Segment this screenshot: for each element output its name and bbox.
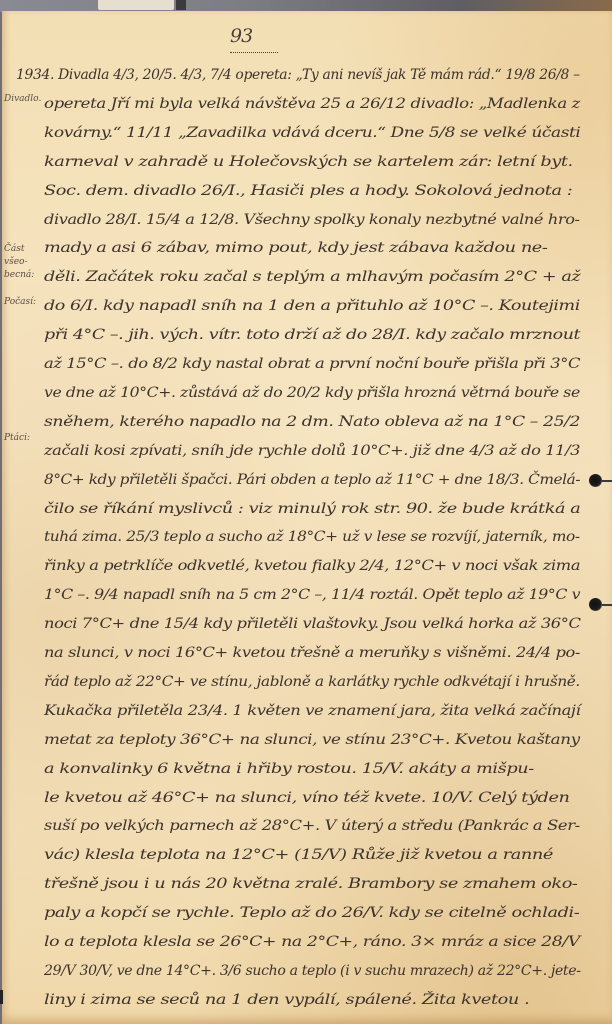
- binding-thread: [602, 480, 612, 482]
- text-line: vác) klesla teplota na 12°C+ (15/V) Růže…: [44, 847, 553, 863]
- text-line: opereta Jří mi byla velká návštěva 25 a …: [44, 96, 580, 112]
- bookmark-tab: [98, 0, 174, 10]
- page-edge-mark: [0, 990, 3, 1004]
- text-line: Kukačka přiletěla 23/4. 1 květen ve znam…: [44, 703, 580, 719]
- page-number-underline: [230, 52, 278, 53]
- text-line: děli. Začátek roku začal s teplým a mlha…: [44, 269, 580, 285]
- text-line: suší po velkých parnech až 28°C+. V úter…: [44, 818, 580, 834]
- text-line: a konvalinky 6 května i hřiby rostou. 15…: [44, 761, 534, 777]
- text-line: karneval v zahradě u Holečovských se kar…: [44, 154, 573, 170]
- text-line: řinky a petrklíče odkvetlé, kvetou fialk…: [44, 558, 580, 574]
- text-line: noci 7°C+ dne 15/4 kdy přiletěli vlaštov…: [44, 616, 581, 632]
- text-line: při 4°C –. jih. vých. vítr. toto drží až…: [44, 327, 580, 343]
- text-line: liny i zima se seců na 1 den vypálí, spá…: [44, 992, 529, 1008]
- page-number: 93: [230, 25, 252, 47]
- text-line: třešně jsou i u nás 20 května zralé. Bra…: [44, 876, 577, 892]
- margin-note-cast-vzor: Částvšeo-becná:: [4, 243, 34, 282]
- binding-hole-icon: [589, 598, 602, 611]
- text-line: kovárny.“ 11/11 „Zavadilka vdává dceru.“…: [44, 125, 580, 141]
- text-line: až 15°C –. do 8/2 kdy nastal obrat a prv…: [44, 356, 580, 372]
- text-line: divadlo 28/I. 15/4 a 12/8. Všechny spolk…: [44, 212, 580, 228]
- text-line: ve dne až 10°C+. zůstává až do 20/2 kdy …: [44, 385, 580, 401]
- text-line: začali kosi zpívati, sníh jde rychle dol…: [44, 443, 580, 459]
- text-line: 1°C –. 9/4 napadl sníh na 5 cm 2°C –, 11…: [44, 587, 580, 603]
- margin-note-divadlo: Divadlo.: [4, 93, 41, 106]
- text-line: tuhá zima. 25/3 teplo a sucho až 18°C+ u…: [44, 529, 580, 545]
- text-line: čilo se říkání myslivců : viz minulý rok…: [44, 501, 580, 517]
- binding-thread: [602, 604, 612, 606]
- text-line: sněhem, kterého napadlo na 2 dm. Nato ob…: [44, 414, 580, 430]
- text-line: Soc. dem. divadlo 26/I., Hasiči ples a h…: [44, 183, 572, 199]
- text-line: metat za teploty 36°C+ na slunci, ve stí…: [44, 732, 580, 748]
- text-line: na slunci, v noci 16°C+ kvetou třešně a …: [44, 645, 580, 661]
- text-line: řád teplo až 22°C+ ve stínu, jabloně a k…: [44, 674, 580, 690]
- text-line: mady a asi 6 zábav, mimo pout, kdy jest …: [44, 240, 547, 256]
- text-line: paly a kopčí se rychle. Teplo až do 26/V…: [44, 905, 579, 921]
- text-line: 8°C+ kdy přiletěli špačci. Pári obden a …: [44, 472, 580, 488]
- binding-edge: [176, 0, 186, 10]
- margin-note-ptaci: Ptáci:: [4, 432, 30, 445]
- text-line: le kvetou až 46°C+ na slunci, víno též k…: [44, 790, 570, 806]
- text-line: do 6/I. kdy napadl sníh na 1 den a přitu…: [44, 298, 580, 314]
- binding-hole-icon: [589, 474, 602, 487]
- text-line: lo a teplota klesla se 26°C+ na 2°C+, rá…: [44, 934, 580, 950]
- text-line: 29/V 30/V, ve dne 14°C+. 3/6 sucho a tep…: [44, 963, 581, 979]
- document-page: 93 Divadlo.Částvšeo-becná:Počasí:Ptáci: …: [2, 11, 612, 1024]
- text-line: 1934. Divadla 4/3, 20/5. 4/3, 7/4 operet…: [16, 67, 580, 83]
- margin-note-pocasi: Počasí:: [4, 296, 36, 309]
